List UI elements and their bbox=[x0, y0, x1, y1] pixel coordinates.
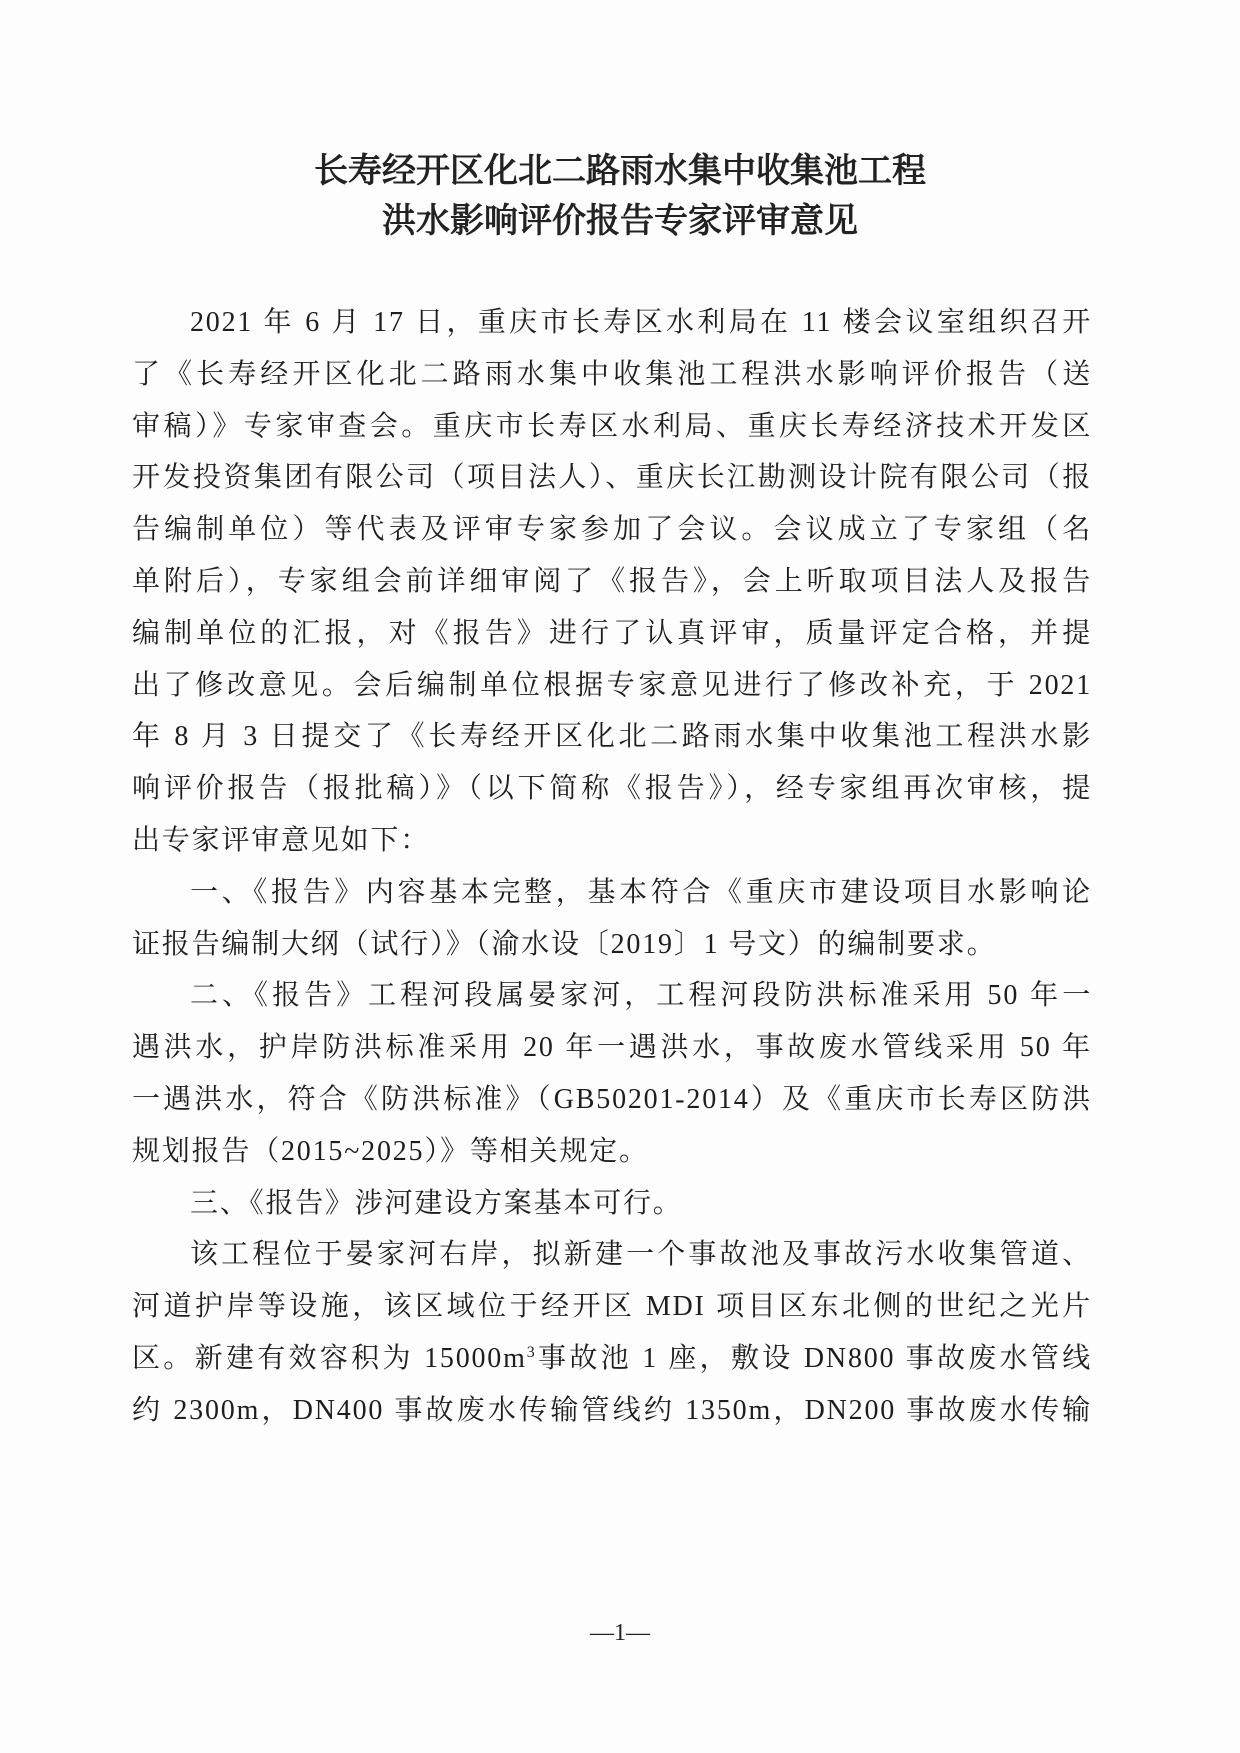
cubic-superscript: 3 bbox=[527, 1344, 537, 1361]
paragraph-intro-line: 了《长寿经开区化北二路雨水集中收集池工程洪水影响评价报告（送 bbox=[132, 349, 1092, 401]
paragraph-intro-line: 编制单位的汇报，对《报告》进行了认真评审，质量评定合格，并提 bbox=[132, 608, 1092, 660]
document-title-line-2: 洪水影响评价报告专家评审意见 bbox=[0, 196, 1240, 246]
pool-text: 事故池 1 座，敷设 DN800 事故废水管线 bbox=[537, 1343, 1093, 1374]
opinion-one-line: 证报告编制大纲（试行）》（渝水设〔2019〕1 号文）的编制要求。 bbox=[132, 919, 1092, 971]
opinion-two-line: 二、《报告》工程河段属晏家河，工程河段防洪标准采用 50 年一 bbox=[132, 970, 1092, 1022]
project-description-line: 约 2300m，DN400 事故废水传输管线约 1350m，DN200 事故废水… bbox=[132, 1385, 1092, 1437]
project-description-line: 该工程位于晏家河右岸，拟新建一个事故池及事故污水收集管道、 bbox=[132, 1229, 1092, 1281]
opinion-one-line: 一、《报告》内容基本完整，基本符合《重庆市建设项目水影响论 bbox=[132, 867, 1092, 919]
paragraph-intro-line: 响评价报告（报批稿）》（以下简称《报告》），经专家组再次审核，提 bbox=[132, 763, 1092, 815]
document-page: 长寿经开区化北二路雨水集中收集池工程 洪水影响评价报告专家评审意见 2021 年… bbox=[0, 0, 1240, 1753]
paragraph-intro-line: 2021 年 6 月 17 日，重庆市长寿区水利局在 11 楼会议室组织召开 bbox=[132, 297, 1092, 349]
paragraph-intro-line: 出专家评审意见如下： bbox=[132, 815, 1092, 867]
paragraph-intro-line: 告编制单位）等代表及评审专家参加了会议。会议成立了专家组（名 bbox=[132, 504, 1092, 556]
paragraph-intro-line: 审稿）》专家审查会。重庆市长寿区水利局、重庆长寿经济技术开发区 bbox=[132, 401, 1092, 453]
project-description-line: 区。新建有效容积为 15000m3事故池 1 座，敷设 DN800 事故废水管线 bbox=[132, 1333, 1092, 1385]
document-title-line-1: 长寿经开区化北二路雨水集中收集池工程 bbox=[0, 146, 1240, 196]
paragraph-intro-line: 开发投资集团有限公司（项目法人）、重庆长江勘测设计院有限公司（报 bbox=[132, 452, 1092, 504]
paragraph-intro-line: 出了修改意见。会后编制单位根据专家意见进行了修改补充，于 2021 bbox=[132, 660, 1092, 712]
volume-text: 区。新建有效容积为 15000m bbox=[132, 1343, 527, 1374]
paragraph-intro-line: 年 8 月 3 日提交了《长寿经开区化北二路雨水集中收集池工程洪水影 bbox=[132, 711, 1092, 763]
opinion-two-line: 一遇洪水，符合《防洪标准》（GB50201-2014）及《重庆市长寿区防洪 bbox=[132, 1074, 1092, 1126]
project-description-line: 河道护岸等设施，该区域位于经开区 MDI 项目区东北侧的世纪之光片 bbox=[132, 1281, 1092, 1333]
page-number: —1— bbox=[0, 1620, 1240, 1647]
paragraph-intro-line: 单附后），专家组会前详细审阅了《报告》，会上听取项目法人及报告 bbox=[132, 556, 1092, 608]
document-body: 2021 年 6 月 17 日，重庆市长寿区水利局在 11 楼会议室组织召开 了… bbox=[132, 297, 1092, 1437]
opinion-two-line: 规划报告（2015~2025）》等相关规定。 bbox=[132, 1126, 1092, 1178]
opinion-two-line: 遇洪水，护岸防洪标准采用 20 年一遇洪水，事故废水管线采用 50 年 bbox=[132, 1022, 1092, 1074]
opinion-three-line: 三、《报告》涉河建设方案基本可行。 bbox=[132, 1178, 1092, 1230]
